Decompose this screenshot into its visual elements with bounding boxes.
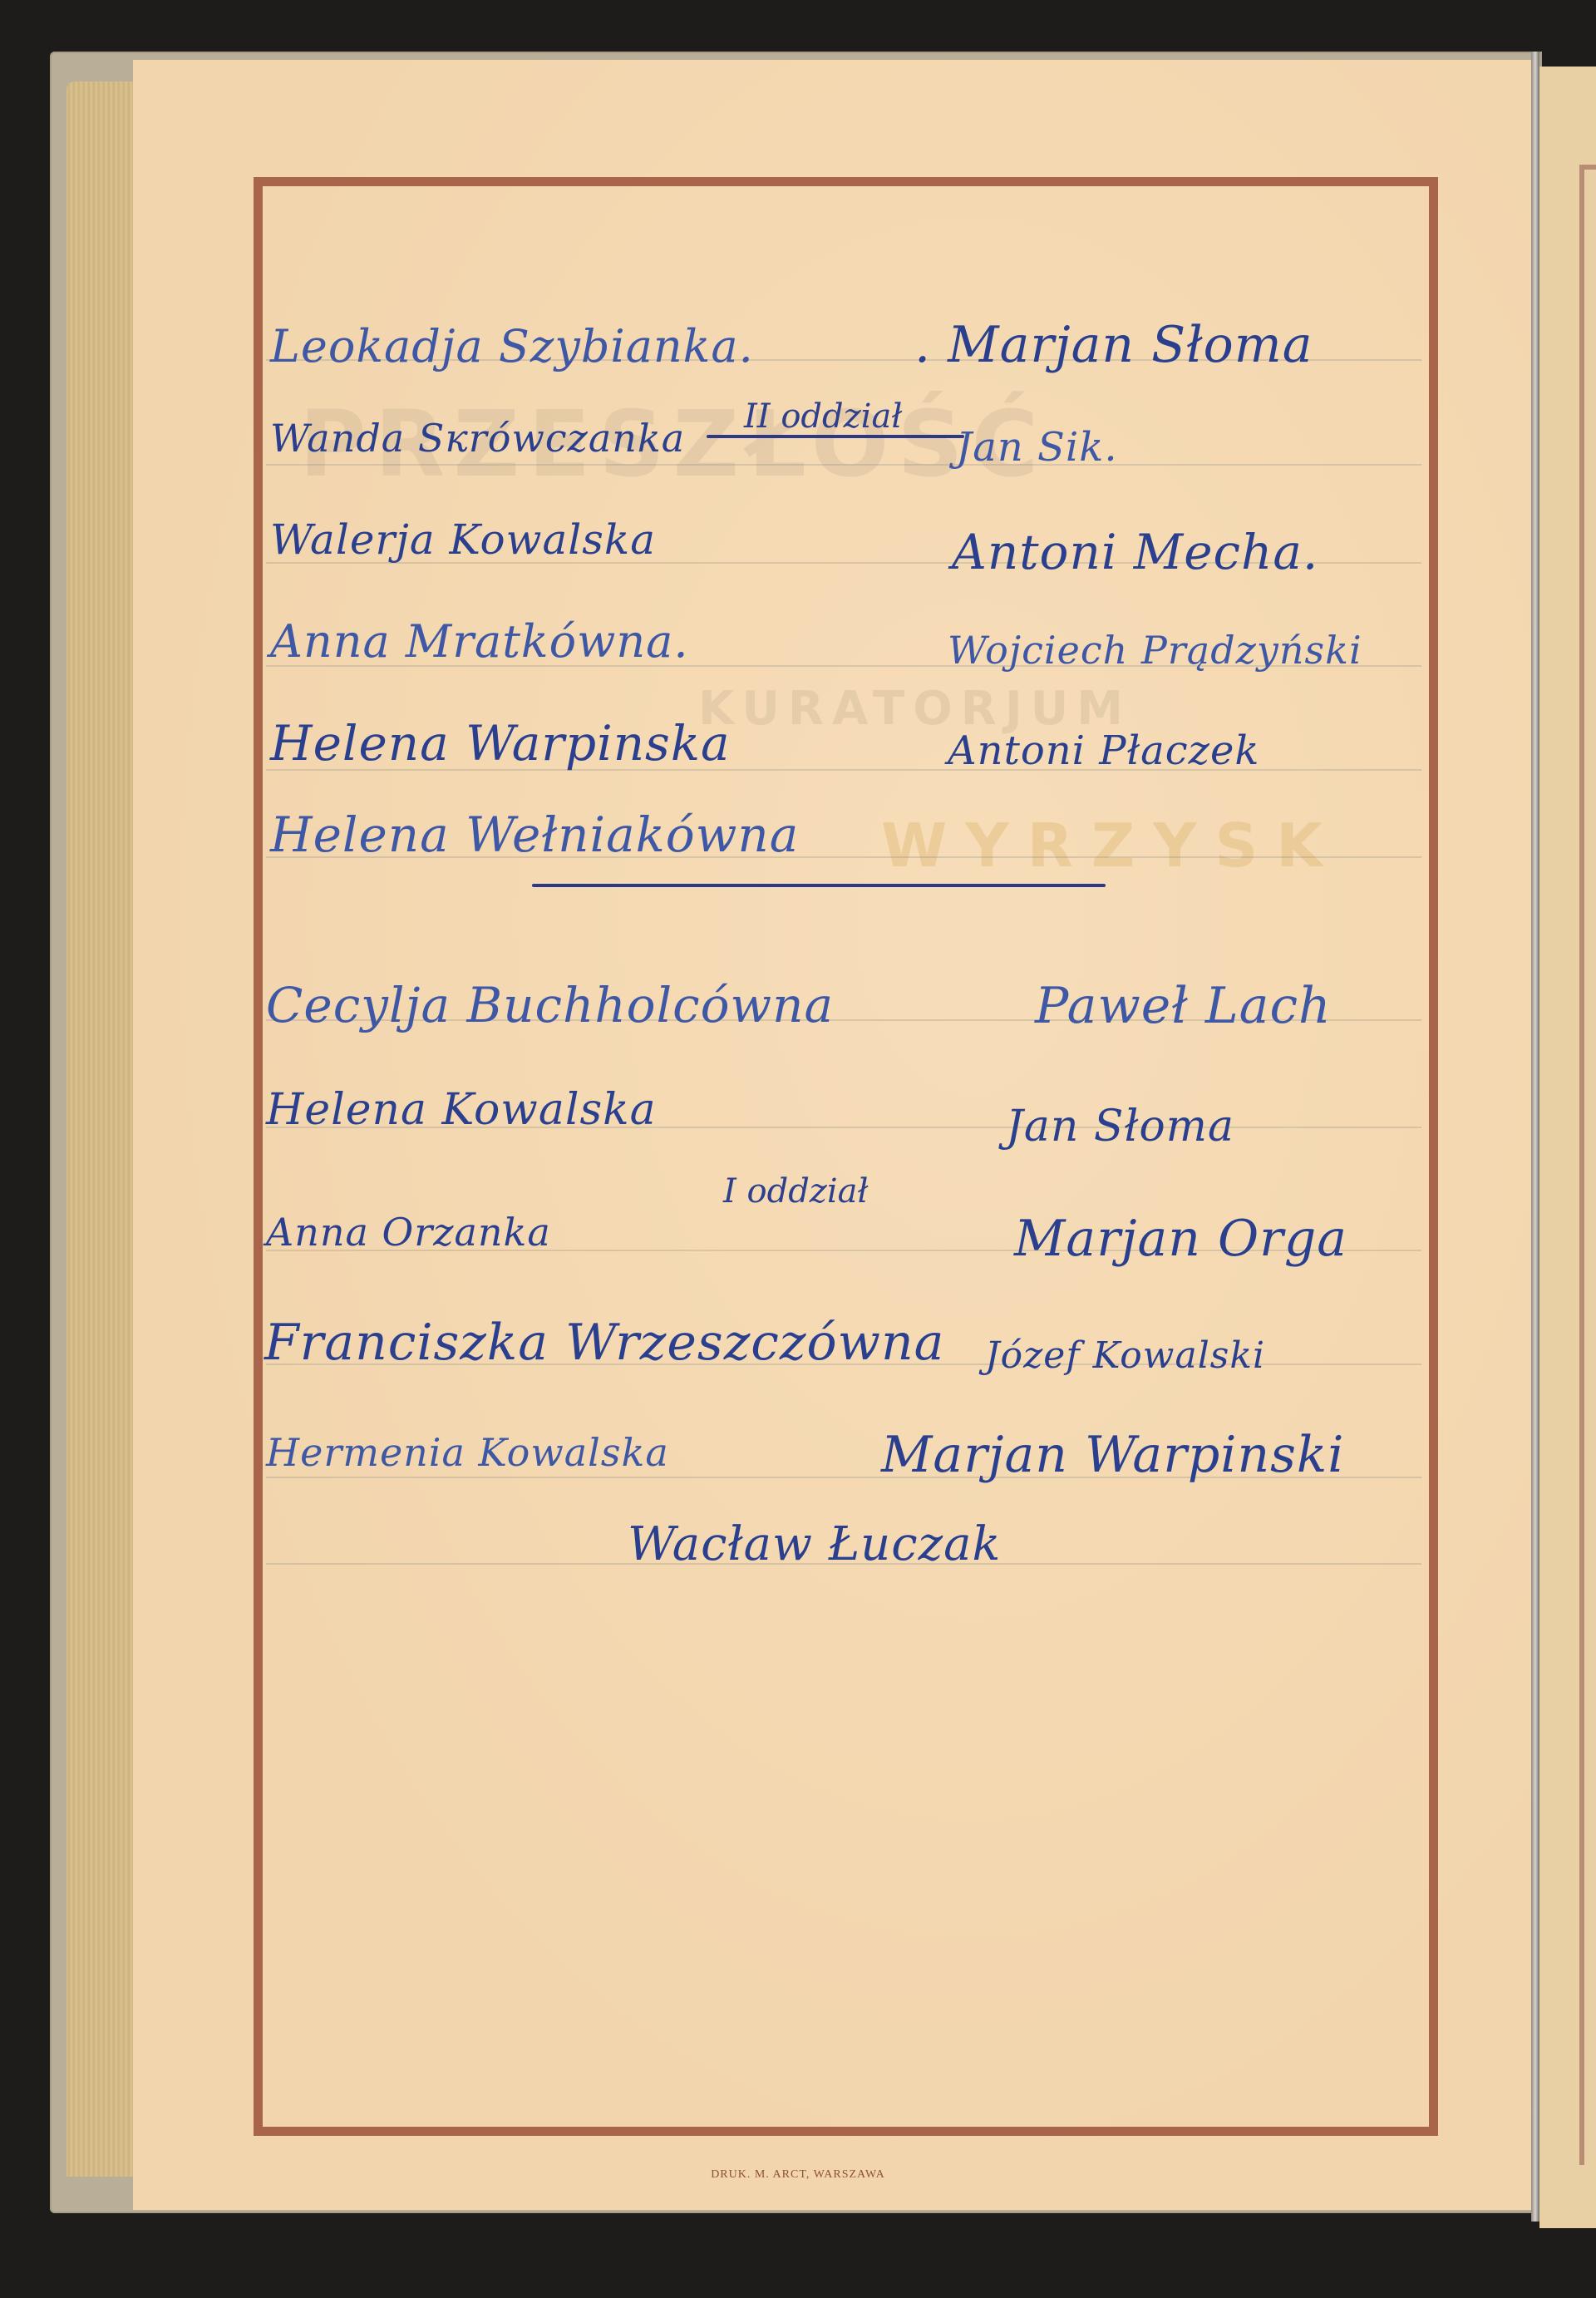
section-label-underline <box>707 435 964 438</box>
ruled-line <box>266 464 1421 466</box>
printer-imprint: DRUK. M. ARCT, WARSZAWA <box>0 2168 1596 2182</box>
student-name: Franciszka Wrzeszczówna <box>264 1314 944 1372</box>
student-name: Antoni Płaczek <box>948 727 1259 774</box>
student-name: Wacław Łuczak <box>628 1517 1001 1571</box>
student-name: Helena Kowalska <box>266 1085 657 1135</box>
student-name: Józef Kowalski <box>985 1334 1265 1377</box>
book-gutter <box>1531 52 1539 2222</box>
student-name: Helena Wełniakówna <box>270 806 799 863</box>
student-name: Marjan Orga <box>1014 1210 1347 1268</box>
student-name: Wojciech Prądzyński <box>948 628 1362 673</box>
section-divider-line <box>532 884 1106 887</box>
student-name: Marjan Warpinski <box>881 1426 1344 1484</box>
student-name: Walerja Kowalska <box>270 515 656 564</box>
page-border-frame <box>254 177 1438 2136</box>
student-name: Jan Sik. <box>956 424 1118 471</box>
opposite-page-frame <box>1579 165 1596 2165</box>
student-name: Leokadja Szybianka. <box>270 320 754 372</box>
student-name: Wanda Sкrówczanka <box>270 416 685 461</box>
section-label-ii-oddzial: II oddział <box>744 397 902 436</box>
student-name: Anna Orzanka <box>266 1210 551 1255</box>
student-name: Antoni Mecha. <box>952 524 1318 580</box>
student-name: Paweł Lach <box>1035 977 1332 1035</box>
student-name: Hermenia Kowalska <box>266 1430 669 1475</box>
student-name: . Marjan Słoma <box>914 316 1313 374</box>
student-name: Jan Słoma <box>1006 1102 1234 1151</box>
student-name: Anna Mratkówna. <box>270 615 689 668</box>
section-label-i-oddzial: I oddział <box>723 1172 869 1211</box>
student-name: Cecylja Buchholcówna <box>266 977 834 1033</box>
page-block-edges <box>66 81 135 2177</box>
student-name: Helena Warpinska <box>270 715 731 772</box>
